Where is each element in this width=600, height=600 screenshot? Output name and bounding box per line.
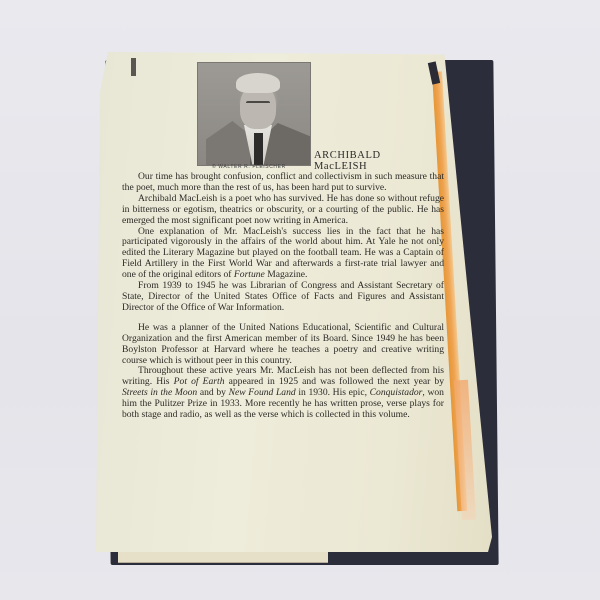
book-page-edge	[118, 552, 328, 563]
title-new-found-land: New Found Land	[229, 387, 296, 398]
blurb-p6-text-4: in 1930. His epic,	[296, 387, 370, 398]
title-pot-of-earth: Pot of Earth	[174, 376, 225, 387]
blurb-paragraph-5: He was a planner of the United Nations E…	[122, 323, 444, 367]
portrait-tie	[254, 133, 263, 165]
blurb-p6-text-3: and by	[197, 387, 228, 398]
blurb-p6-text-2: appeared in 1925 and was followed the ne…	[225, 376, 445, 387]
author-portrait	[197, 62, 311, 166]
jacket-corner-wear-left	[131, 58, 136, 76]
photo-credit: © Walter R. Fleischer	[212, 164, 286, 170]
blurb-paragraph-6: Throughout these active years Mr. MacLei…	[122, 366, 444, 421]
portrait-suit-left	[206, 121, 250, 166]
photo-scene: © Walter R. Fleischer ARCHIBALD MacLEISH…	[0, 0, 600, 600]
portrait-eyes	[246, 101, 270, 107]
blurb-p3-italic: Fortune	[234, 269, 265, 280]
blurb-paragraph-2: Archibald MacLeish is a poet who has sur…	[122, 194, 444, 227]
blurb-paragraph-3: One explanation of Mr. MacLeish's succes…	[122, 227, 444, 282]
blurb-p3-end: Magazine.	[265, 269, 308, 280]
author-name: ARCHIBALD MacLEISH	[314, 150, 381, 172]
title-streets-in-the-moon: Streets in the Moon	[122, 387, 197, 398]
portrait-hair	[236, 73, 280, 93]
author-first-name: ARCHIBALD	[314, 150, 381, 161]
blurb-paragraph-1: Our time has brought confusion, conflict…	[122, 172, 444, 194]
blurb-paragraph-4: From 1939 to 1945 he was Librarian of Co…	[122, 281, 444, 314]
jacket-blurb: Our time has brought confusion, conflict…	[122, 172, 444, 421]
title-conquistador: Conquistador	[370, 387, 423, 398]
